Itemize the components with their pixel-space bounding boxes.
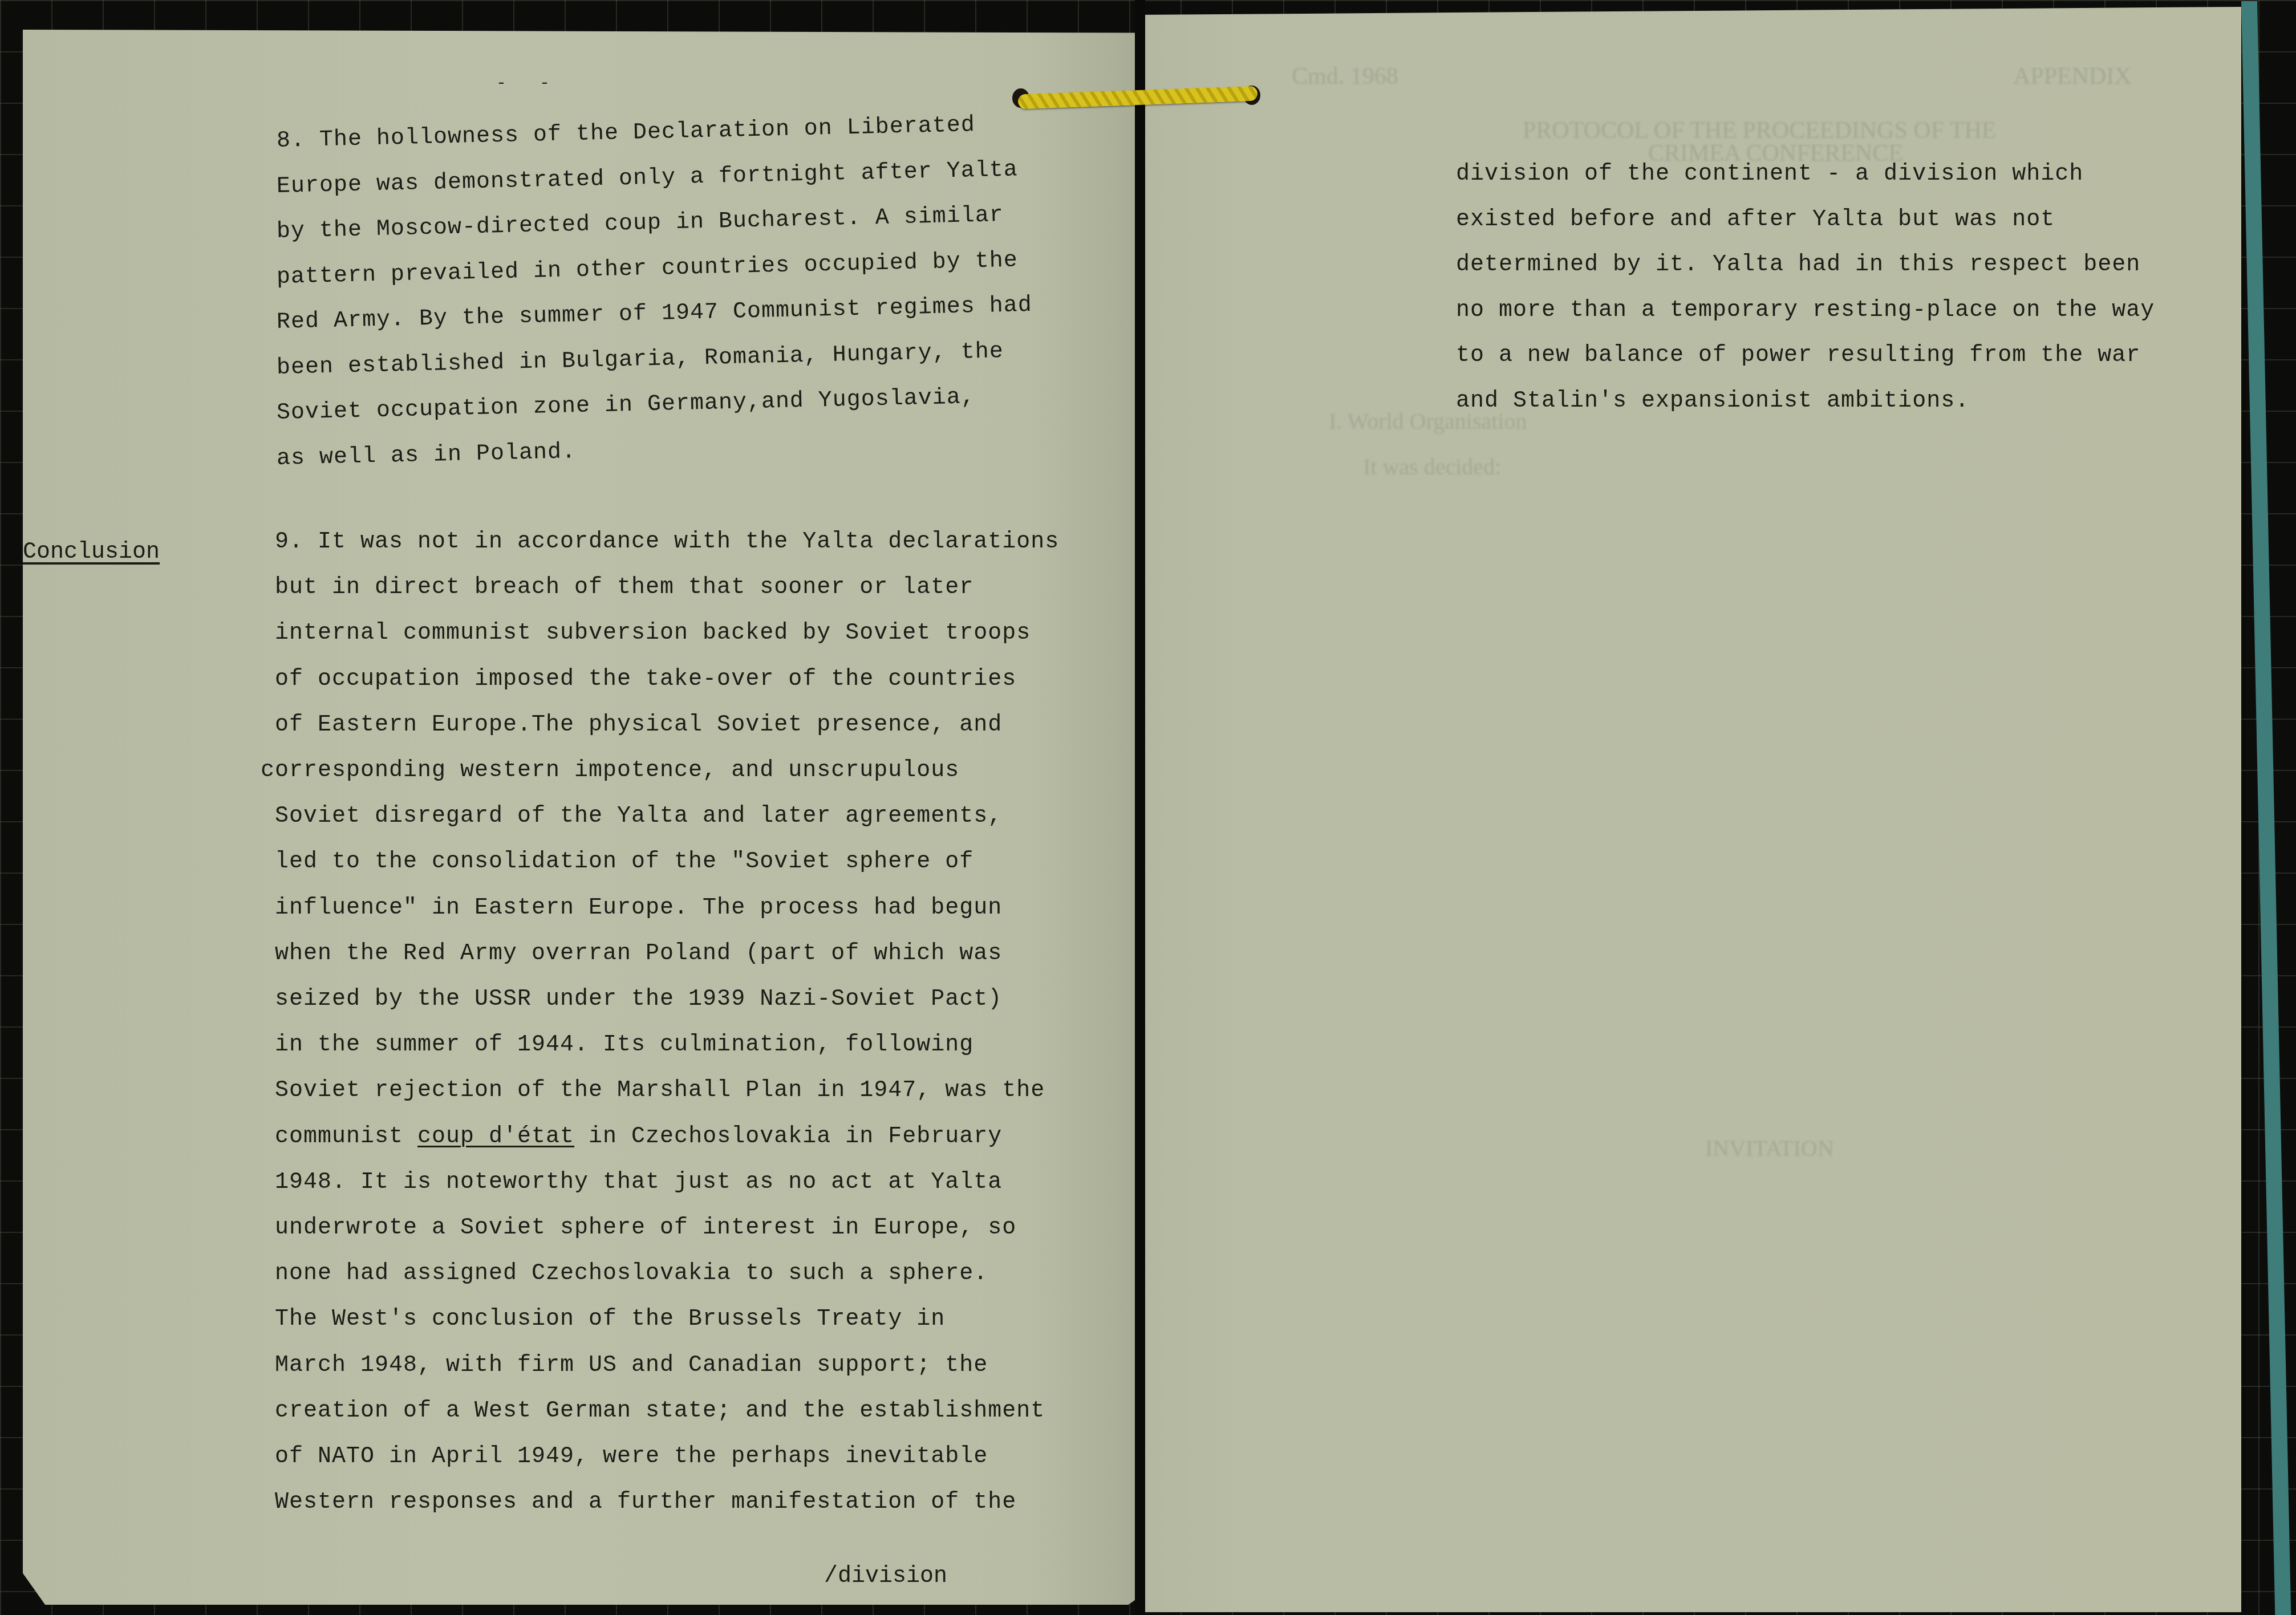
- ghost-decided: It was decided:: [1363, 453, 1501, 480]
- paragraph-9-line: corresponding western impotence, and uns…: [261, 758, 959, 784]
- paragraph-9-line: The West's conclusion of the Brussels Tr…: [275, 1306, 945, 1332]
- right-page: [1138, 7, 2241, 1612]
- underlined-coup-detat: coup d'état: [417, 1124, 574, 1150]
- ghost-header-right: APPENDIX: [2013, 63, 2132, 90]
- paragraph-9-line: influence" in Eastern Europe. The proces…: [275, 895, 1002, 921]
- paragraph-9-line: Soviet rejection of the Marshall Plan in…: [275, 1078, 1045, 1103]
- right-page-line: no more than a temporary resting-place o…: [1456, 298, 2155, 323]
- paragraph-9-line: of NATO in April 1949, were the perhaps …: [275, 1444, 988, 1470]
- paragraph-9-line: 1948. It is noteworthy that just as no a…: [275, 1170, 1002, 1195]
- right-page-line: and Stalin's expansionist ambitions.: [1456, 388, 1969, 414]
- paragraph-9-line: underwrote a Soviet sphere of interest i…: [275, 1215, 1016, 1241]
- book-gutter: [1135, 0, 1145, 1615]
- right-page-line: determined by it. Yalta had in this resp…: [1456, 252, 2140, 278]
- paragraph-9-line: communist coup d'état in Czechoslovakia …: [275, 1124, 1002, 1150]
- margin-heading-conclusion: Conclusion: [23, 539, 160, 565]
- paragraph-9-line: Soviet disregard of the Yalta and later …: [275, 804, 1002, 829]
- ghost-header-left: Cmd. 1968: [1292, 63, 1398, 90]
- paragraph-9-line: but in direct breach of them that sooner…: [275, 575, 973, 600]
- right-page-line: to a new balance of power resulting from…: [1456, 343, 2140, 368]
- ink-specks: - -: [496, 74, 561, 94]
- paragraph-9-line: in the summer of 1944. Its culmination, …: [275, 1032, 973, 1058]
- paragraph-9-line: of Eastern Europe.The physical Soviet pr…: [275, 712, 1002, 738]
- paragraph-9-line: March 1948, with firm US and Canadian su…: [275, 1353, 988, 1378]
- catchword: /division: [824, 1564, 947, 1589]
- ghost-invitation: INVITATION: [1705, 1135, 1834, 1162]
- right-page-line: division of the continent - a division w…: [1456, 161, 2083, 187]
- paragraph-9-line: creation of a West German state; and the…: [275, 1398, 1045, 1424]
- paragraph-9-line: Western responses and a further manifest…: [275, 1490, 1016, 1515]
- paragraph-9-line: led to the consolidation of the "Soviet …: [275, 849, 973, 875]
- paragraph-9-line: 9. It was not in accordance with the Yal…: [275, 529, 1059, 555]
- paragraph-9-line: of occupation imposed the take-over of t…: [275, 667, 1016, 692]
- paragraph-9-line: internal communist subversion backed by …: [275, 620, 1031, 646]
- paragraph-9-line: seized by the USSR under the 1939 Nazi-S…: [275, 987, 1002, 1012]
- paragraph-9-line: when the Red Army overran Poland (part o…: [275, 941, 1002, 967]
- paragraph-9-line: none had assigned Czechoslovakia to such…: [275, 1261, 988, 1287]
- right-page-line: existed before and after Yalta but was n…: [1456, 207, 2055, 233]
